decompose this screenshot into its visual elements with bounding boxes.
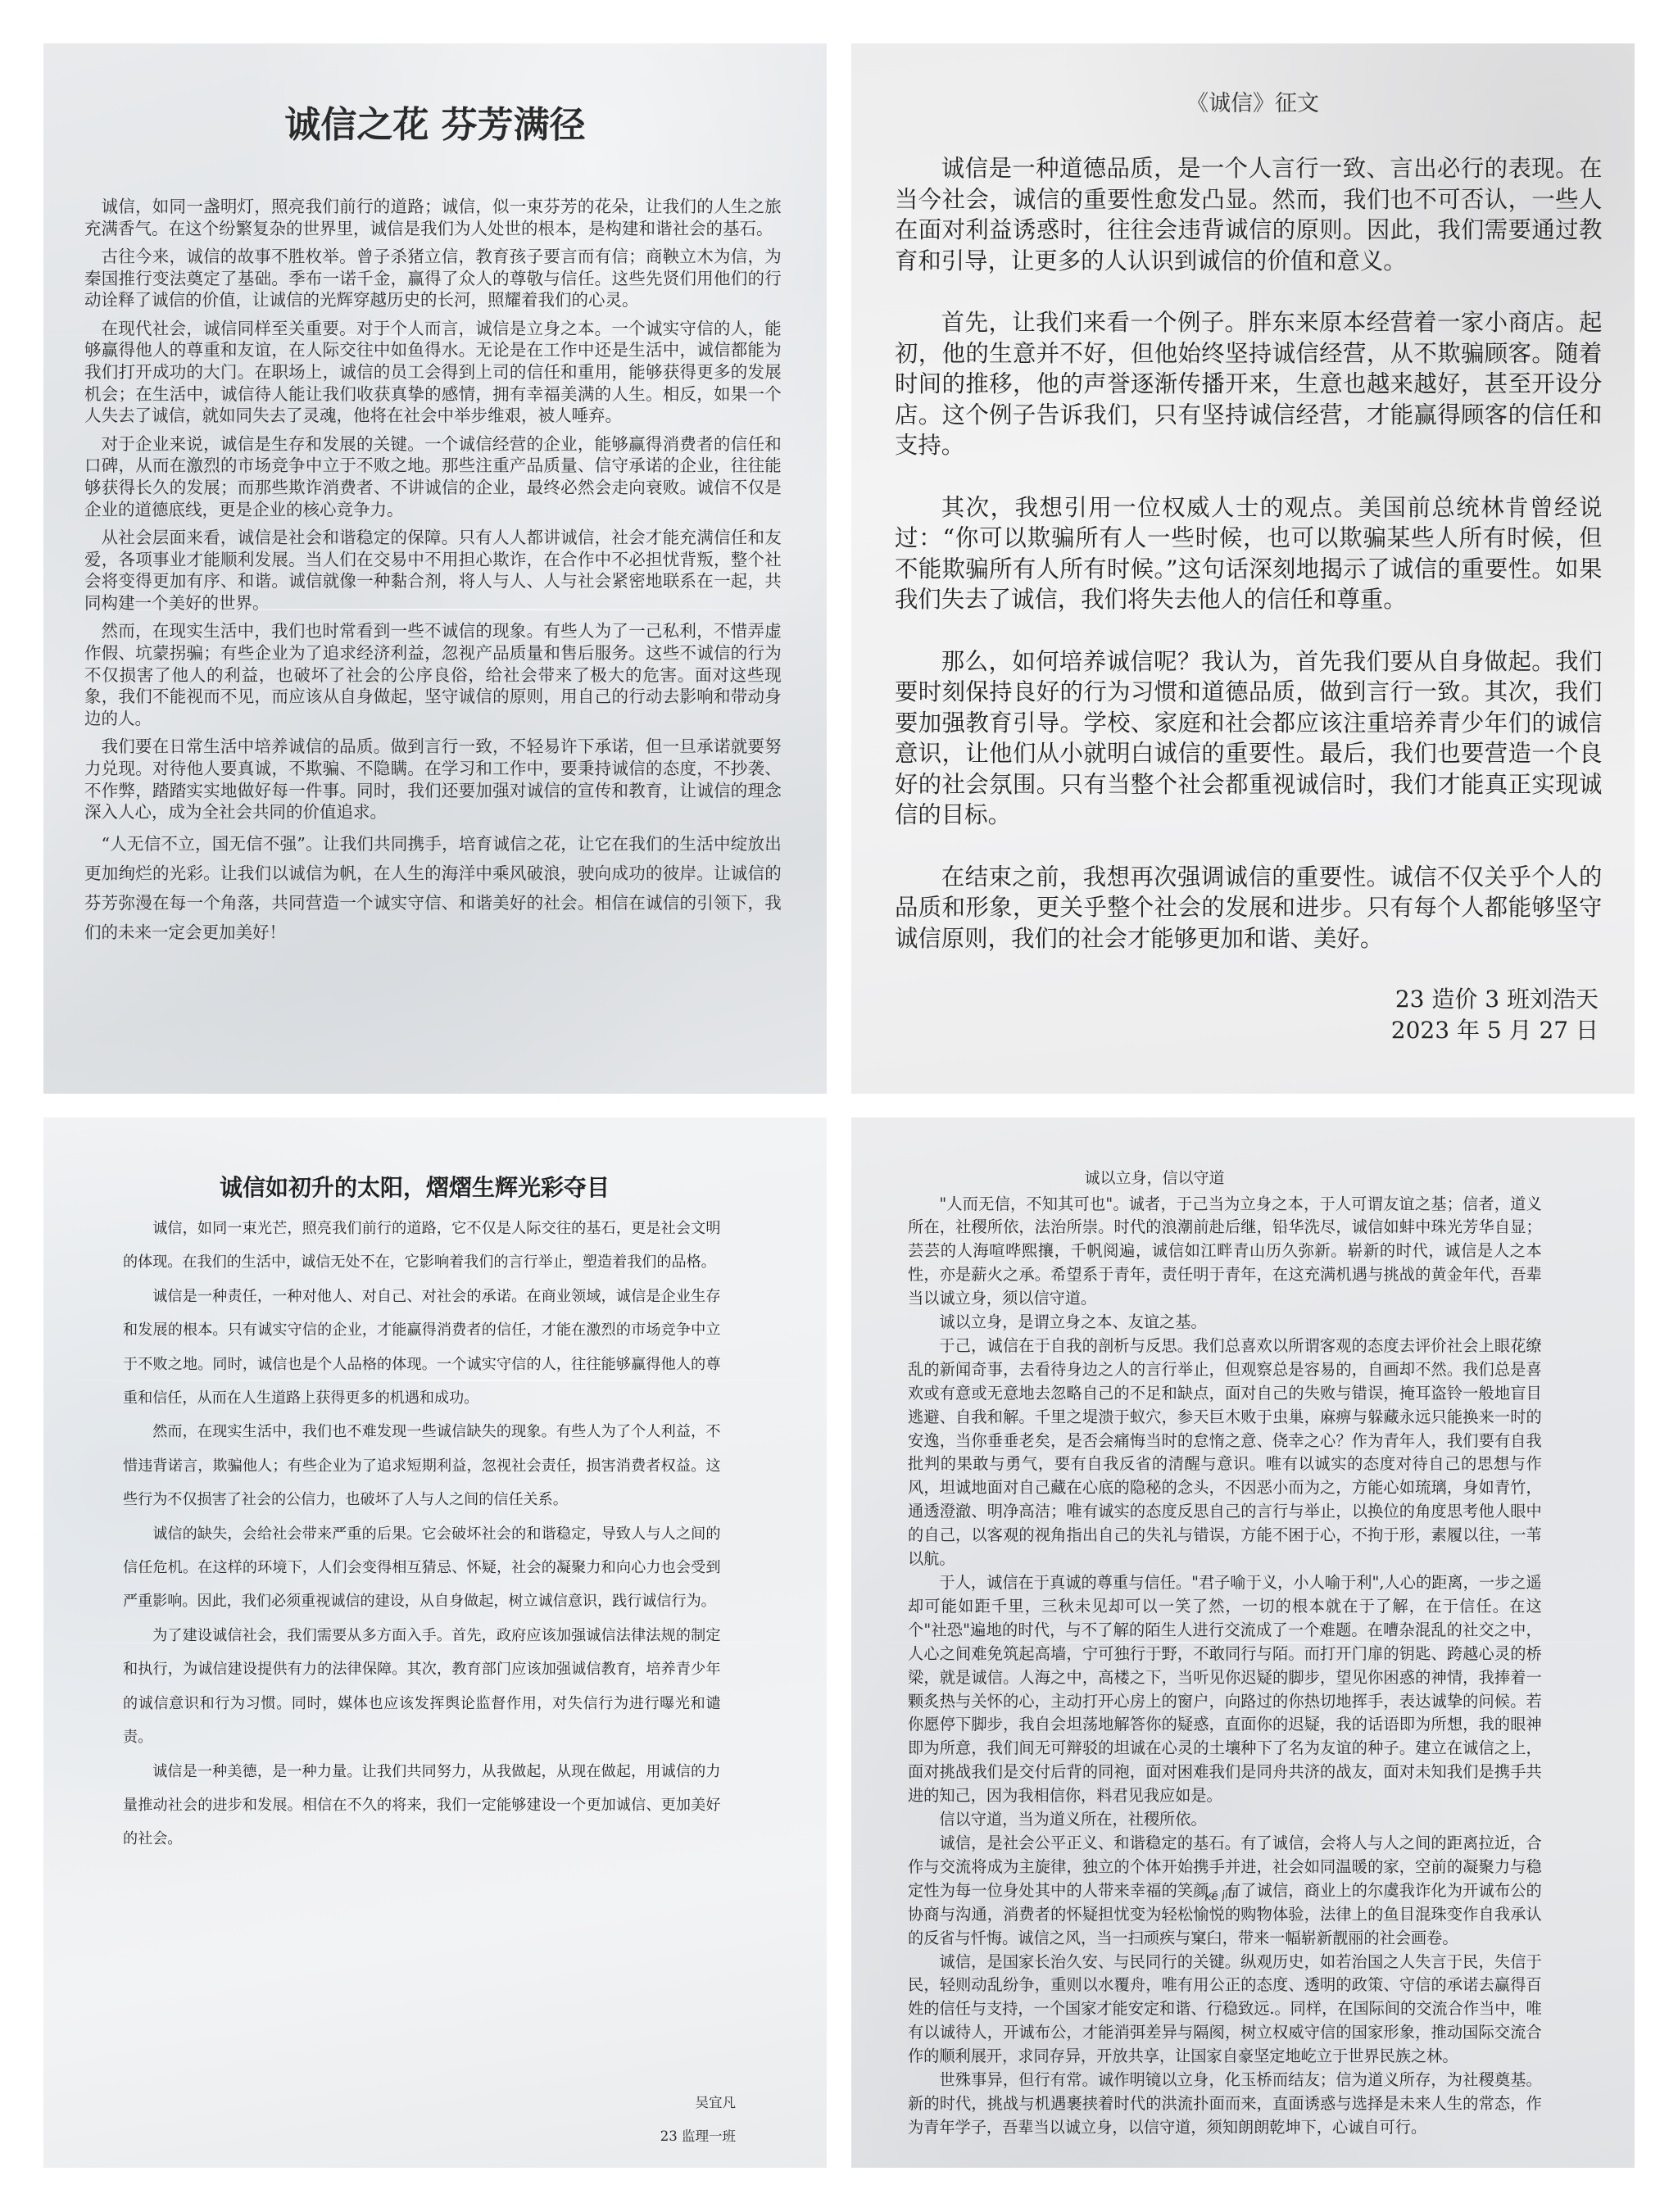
paragraph: 诚信，如同一束光芒，照亮我们前行的道路，它不仅是人际交往的基石，更是社会文明的体… [123,1212,720,1280]
paragraph: 在结束之前，我想再次强调诚信的重要性。诚信不仅关乎个人的品质和形象，更关乎整个社… [895,862,1602,954]
paragraph: 为了建设诚信社会，我们需要从多方面入手。首先，政府应该加强诚信法律法规的制定和执… [123,1619,720,1755]
paragraph: 信以守道，当为道义所在，社稷所依。 [908,1808,1542,1832]
signature-block: 23 造价 3 班刘浩天 2023 年 5 月 27 日 [1391,984,1599,1045]
paragraph: 诚信，是国家长治久安、与民同行的关键。纵观历史，如若治国之人失言于民，失信于民，… [908,1951,1542,2069]
paragraph: 其次，我想引用一位权威人士的观点。美国前总统林肯曾经说过：“你可以欺骗所有人一些… [895,492,1602,615]
essay-photo-top-left: 诚信之花 芬芳满径 诚信，如同一盏明灯，照亮我们前行的道路；诚信，似一束芬芳的花… [43,43,827,1094]
paragraph: 我们要在日常生活中培养诚信的品质。做到言行一致，不轻易许下承诺，但一旦承诺就要努… [84,736,782,823]
author-class: 23 监理一班 [660,2127,736,2146]
essay-title: 诚信如初升的太阳，熠熠生辉光彩夺目 [43,1172,786,1204]
paragraph: 诚信，如同一盏明灯，照亮我们前行的道路；诚信，似一束芬芳的花朵，让我们的人生之旅… [84,196,782,239]
paragraph: 然而，在现实生活中，我们也不难发现一些诚信缺失的现象。有些人为了个人利益，不惜违… [123,1415,720,1516]
paragraph: 对于企业来说，诚信是生存和发展的关键。一个诚信经营的企业，能够赢得消费者的信任和… [84,433,782,521]
essay-title: 诚以立身，信以守道 [1073,1167,1236,1190]
paragraph: 然而，在现实生活中，我们也时常看到一些不诚信的现象。有些人为了一己私利，不惜弄虚… [84,620,782,730]
essay-body: 诚信，如同一束光芒，照亮我们前行的道路，它不仅是人际交往的基石，更是社会文明的体… [123,1212,720,1856]
paragraph: 首先，让我们来看一个例子。胖东来原本经营着一家小商店。起初，他的生意并不好，但他… [895,307,1602,461]
paragraph: 从社会层面来看，诚信是社会和谐稳定的保障。只有人人都讲诚信，社会才能充满信任和友… [84,527,782,614]
essay-body: "人而无信，不知其可也"。诚者，于己当为立身之本，于人可谓友谊之基；信者，道义所… [908,1193,1542,2140]
paragraph: 在现代社会，诚信同样至关重要。对于个人而言，诚信是立身之本。一个诚实守信的人，能… [84,318,782,428]
essay-title: 《诚信》征文 [1171,89,1335,119]
author-class: 23 造价 3 班刘浩天 [1391,984,1599,1015]
essay-title: 诚信之花 芬芳满径 [43,102,827,148]
paragraph: 于人，诚信在于真诚的尊重与信任。"君子喻于义，小人喻于利",人心的距离，一步之遥… [908,1571,1542,1808]
paragraph: 诚信是一种道德品质，是一个人言行一致、言出必行的表现。在当今社会，诚信的重要性愈… [895,153,1602,276]
paragraph: 世殊事异，但行有常。诚作明镜以立身，化玉桥而结友；信为道义所存，为社稷奠基。新的… [908,2069,1542,2140]
paragraph: 诚信的缺失，会给社会带来严重的后果。它会破坏社会的和谐稳定，导致人与人之间的信任… [123,1517,720,1619]
essay-body: 诚信是一种道德品质，是一个人言行一致、言出必行的表现。在当今社会，诚信的重要性愈… [895,153,1602,985]
paragraph: 于己，诚信在于自我的剖析与反思。我们总喜欢以所谓客观的态度去评价社会上眼花缭乱的… [908,1335,1542,1571]
paragraph: 古往今来，诚信的故事不胜枚举。曾子杀猪立信，教育孩子要言而有信；商鞅立木为信，为… [84,246,782,311]
essay-body: 诚信，如同一盏明灯，照亮我们前行的道路；诚信，似一束芬芳的花朵，让我们的人生之旅… [84,196,782,954]
paragraph: 诚信是一种美德，是一种力量。让我们共同努力，从我做起，从现在做起，用诚信的力量推… [123,1755,720,1856]
paragraph: 诚以立身，是谓立身之本、友谊之基。 [908,1311,1542,1335]
paragraph: 诚信是一种责任，一种对他人、对自己、对社会的承诺。在商业领域，诚信是企业生存和发… [123,1280,720,1416]
paragraph: "人而无信，不知其可也"。诚者，于己当为立身之本，于人可谓友谊之基；信者，道义所… [908,1193,1542,1312]
essay-photo-bottom-left: 诚信如初升的太阳，熠熠生辉光彩夺目 诚信，如同一束光芒，照亮我们前行的道路，它不… [43,1117,827,2168]
paragraph: “人无信不立，国无信不强”。让我们共同携手，培育诚信之花，让它在我们的生活中绽放… [84,829,782,947]
essay-photo-bottom-right: 诚以立身，信以守道 "人而无信，不知其可也"。诚者，于己当为立身之本，于人可谓友… [851,1117,1635,2168]
author-name: 吴宜凡 [696,2093,737,2113]
essay-photo-top-right: 《诚信》征文 诚信是一种道德品质，是一个人言行一致、言出必行的表现。在当今社会，… [851,43,1635,1094]
date: 2023 年 5 月 27 日 [1391,1015,1599,1046]
paragraph: 那么，如何培养诚信呢？我认为，首先我们要从自身做起。我们要时刻保持良好的行为习惯… [895,646,1602,832]
